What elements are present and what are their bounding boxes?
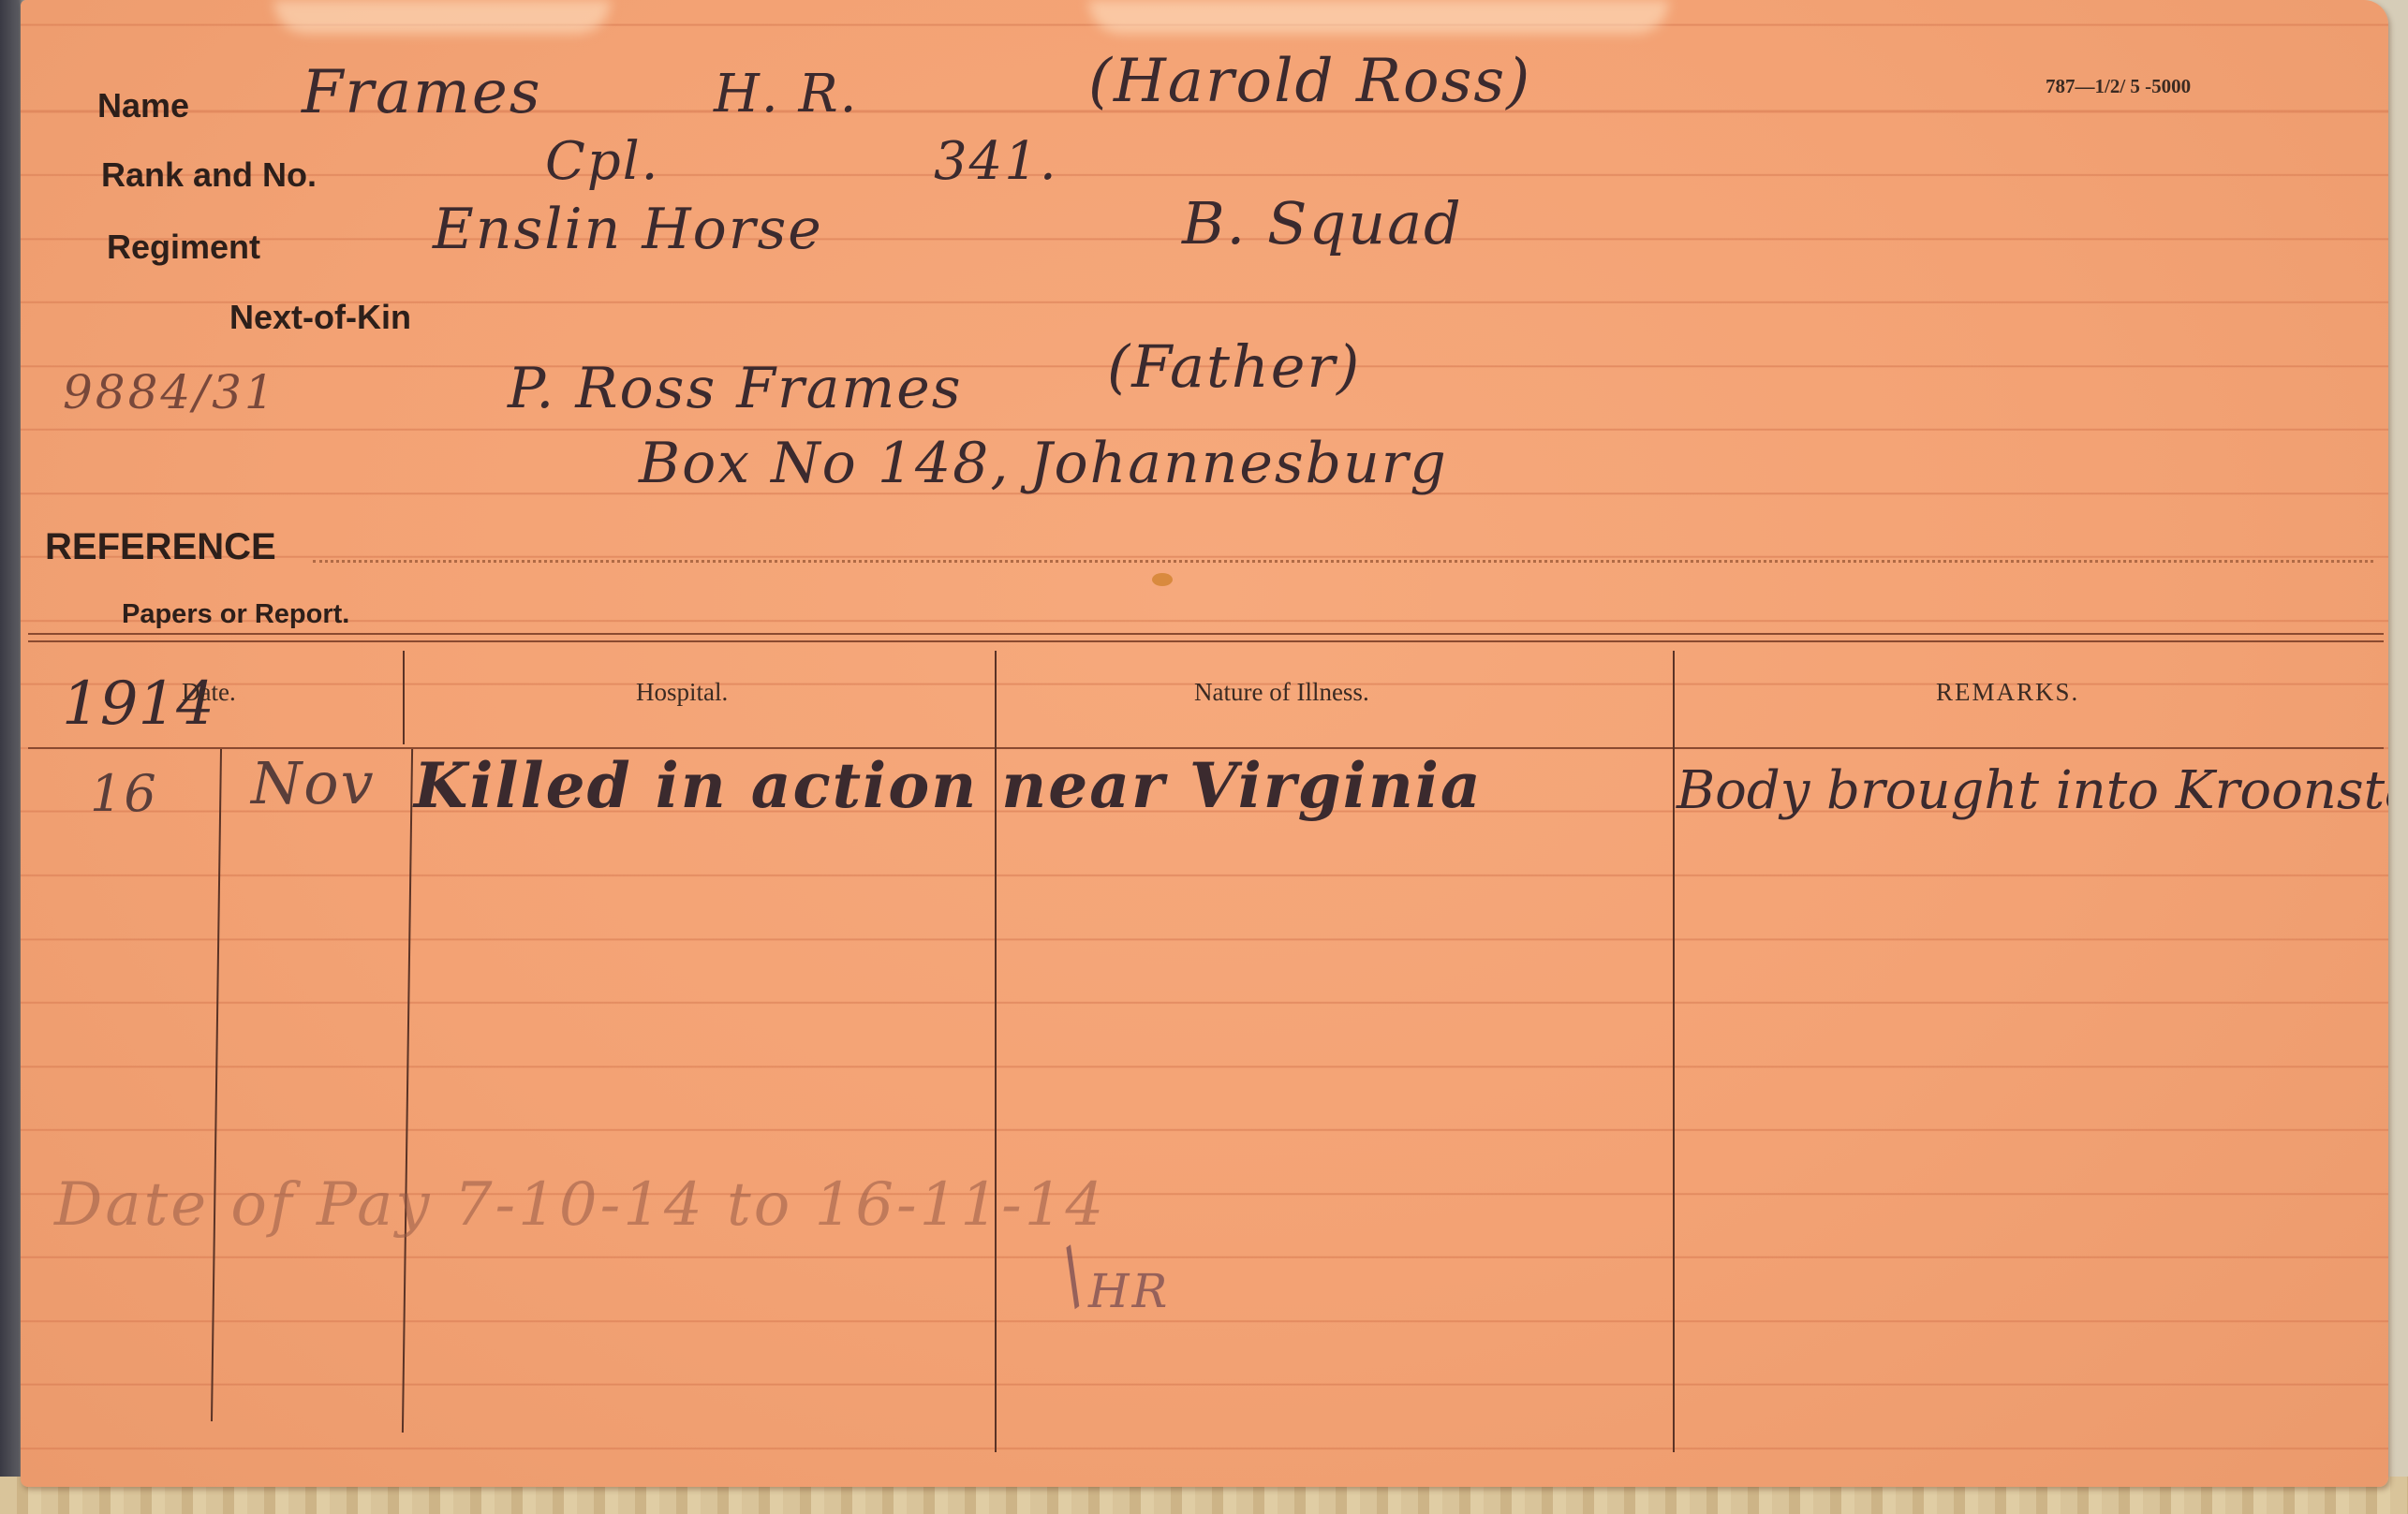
label-rank: Rank and No. bbox=[101, 155, 317, 195]
kin-name: P. Ross Frames bbox=[508, 356, 963, 421]
light-glare bbox=[273, 0, 611, 34]
kin-address: Box No 148, Johannesburg bbox=[639, 431, 1448, 496]
regiment: Enslin Horse bbox=[433, 197, 823, 262]
stain bbox=[1152, 573, 1173, 586]
row-month: Nov bbox=[251, 749, 376, 817]
label-reference: REFERENCE bbox=[45, 526, 276, 568]
squadron: B. Squad bbox=[1182, 189, 1463, 257]
initials: H. R. bbox=[714, 64, 858, 125]
light-glare bbox=[1088, 0, 1669, 34]
header-hospital: Hospital. bbox=[636, 678, 728, 707]
casualty-record-card: 787—1/2/ 5 -5000 Name Rank and No. Regim… bbox=[21, 0, 2388, 1487]
service-number: 341. bbox=[934, 131, 1058, 192]
reference-dotted-line bbox=[313, 560, 2373, 563]
pay-date-note: Date of Pay 7-10-14 to 16-11-14 bbox=[54, 1170, 1106, 1240]
label-regiment: Regiment bbox=[107, 228, 260, 267]
header-remarks: REMARKS. bbox=[1936, 678, 2079, 707]
note-initials: HR bbox=[1088, 1264, 1170, 1318]
label-next-of-kin: Next-of-Kin bbox=[229, 298, 411, 337]
column-divider bbox=[1673, 651, 1675, 1452]
day-month-divider bbox=[211, 749, 222, 1421]
surname: Frames bbox=[302, 58, 542, 127]
column-divider bbox=[402, 749, 413, 1433]
header-nature-of-illness: Nature of Illness. bbox=[1194, 678, 1369, 707]
table-top-rule-2 bbox=[28, 640, 2384, 642]
row-day: 16 bbox=[90, 764, 158, 823]
label-name: Name bbox=[97, 86, 189, 125]
row-remarks: Body brought into Kroonstad bbox=[1677, 760, 2388, 821]
header-date: Date. bbox=[182, 678, 236, 707]
table-top-rule bbox=[28, 633, 2384, 635]
kin-relation: (Father) bbox=[1107, 332, 1361, 401]
file-reference: 9884/31 bbox=[63, 365, 277, 419]
full-name: (Harold Ross) bbox=[1088, 47, 1531, 116]
rank: Cpl. bbox=[545, 131, 659, 192]
column-divider bbox=[403, 651, 405, 744]
row-entry: Killed in action near Virginia bbox=[414, 749, 1483, 822]
label-papers-or-report: Papers or Report. bbox=[122, 599, 349, 630]
form-code: 787—1/2/ 5 -5000 bbox=[2046, 75, 2191, 98]
